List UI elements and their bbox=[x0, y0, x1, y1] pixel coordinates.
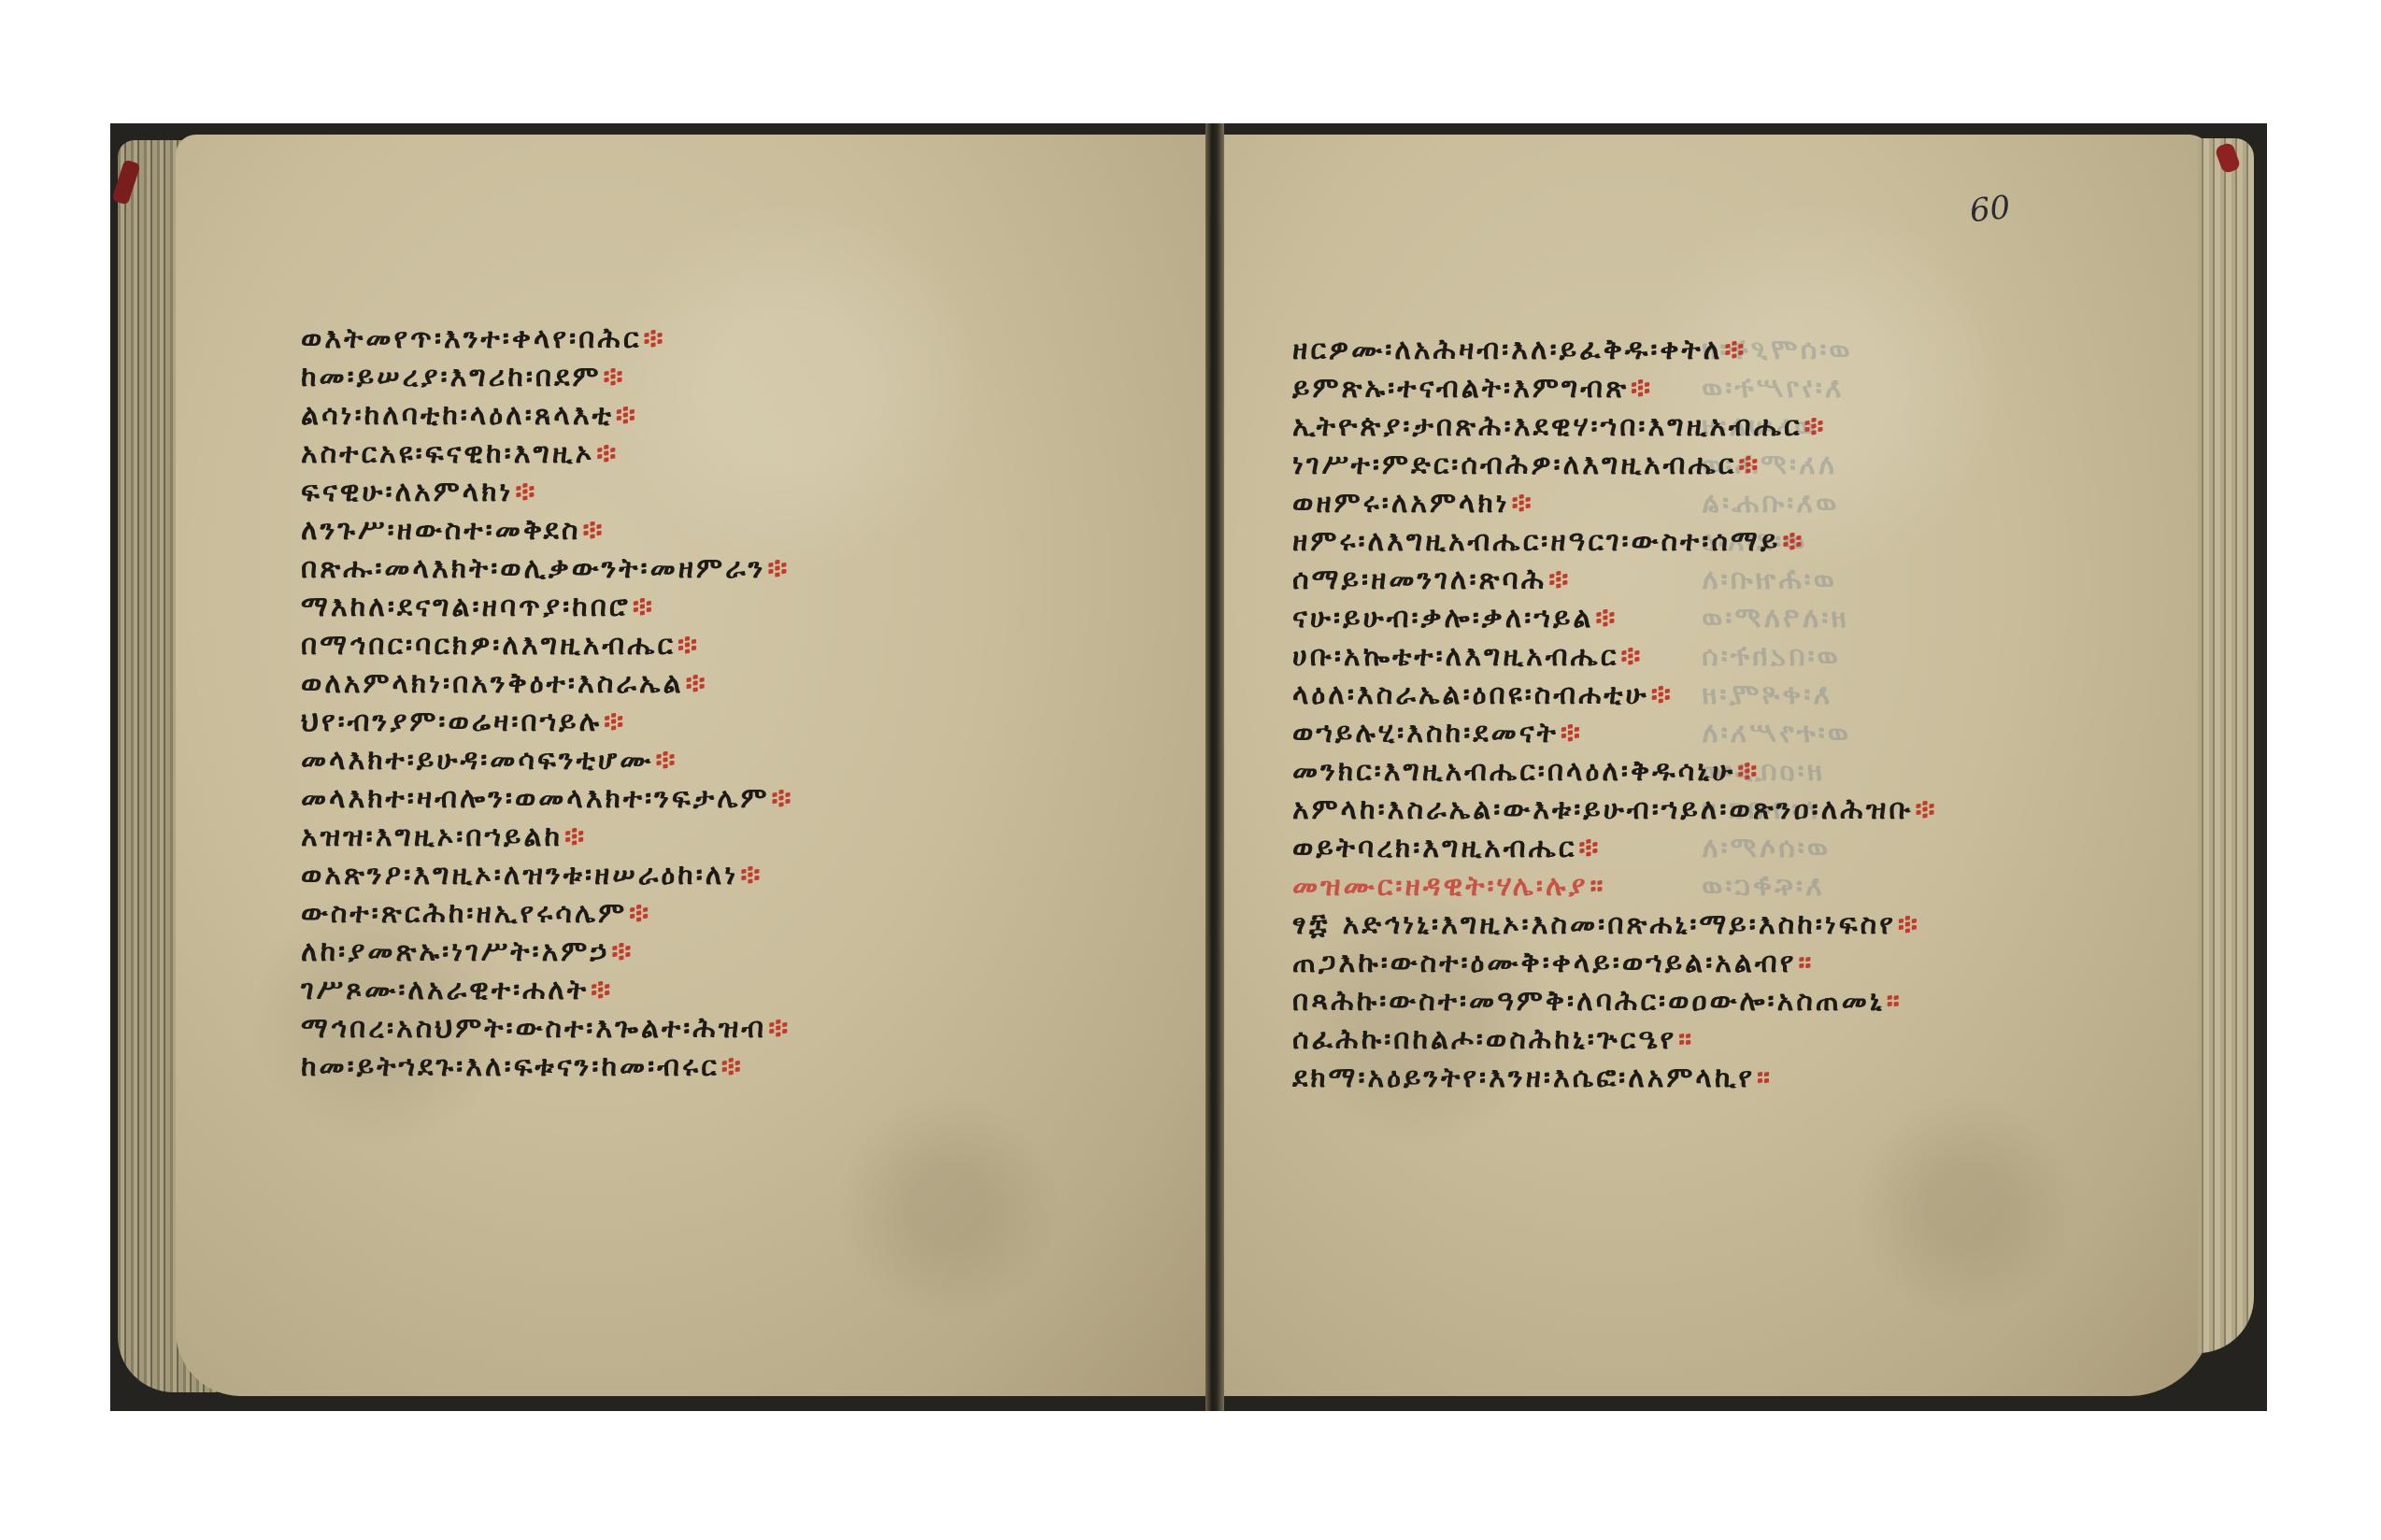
line-text: ማኅበረ፡አስህምት፡ውስተ፡እጐልተ፡ሕዝብ bbox=[301, 1012, 766, 1045]
text-line: ማእከለ፡ደናግል፡ዘባጥያ፡ከበሮ፨ bbox=[301, 588, 794, 626]
line-text: ወእትመየጥ፡እንተ፡ቀላየ፡በሕር bbox=[301, 322, 641, 355]
line-text: መዝሙር፡ዘዳዊት፡ሃሌ፡ሉያ bbox=[1292, 870, 1589, 903]
text-line: ወእትመየጥ፡እንተ፡ቀላየ፡በሕር፨ bbox=[301, 320, 794, 358]
text-line: ላዕለ፡እስራኤል፡ዕበዩ፡ስብሐቲሁ፨ bbox=[1292, 676, 1938, 714]
line-text: አዝዝ፡እግዚኦ፡በኀይልከ bbox=[301, 820, 563, 853]
red-punctuation-mark-icon: ። bbox=[1798, 947, 1814, 979]
red-punctuation-mark-icon: ፨ bbox=[604, 706, 626, 738]
red-punctuation-mark-icon: ። bbox=[1678, 1023, 1694, 1056]
manuscript-photo: 60 ወ፡ሰማያት፡ዘእ፡ነገሥት፡ወወአ፡ሀለ፡ዘለአ፡ምሕ፡ወወእ፡ብሔ፡ል… bbox=[110, 123, 2267, 1411]
line-text: ውስተ፡ጽርሕከ፡ዘኢየሩሳሌም bbox=[301, 897, 627, 930]
text-line: መላእክተ፡ዛብሎን፡ወመላእክተ፡ንፍታሌም፨ bbox=[301, 779, 794, 818]
line-text: ህየ፡ብንያም፡ወሬዛ፡በኀይሉ bbox=[301, 706, 602, 738]
line-text: ሰማይ፡ዘመንገለ፡ጽባሕ bbox=[1292, 563, 1547, 596]
red-punctuation-mark-icon: ፨ bbox=[591, 974, 613, 1006]
line-text: መላእክተ፡ዛብሎን፡ወመላእክተ፡ንፍታሌም bbox=[301, 782, 769, 815]
text-line: ወለአምላክነ፡በአንቅዕተ፡እስራኤል፨ bbox=[301, 664, 794, 703]
line-text: ይምጽኡ፡ተናብልት፡እምግብጽ bbox=[1292, 372, 1629, 405]
line-text: ወዘምሩ፡ለአምላክነ bbox=[1292, 487, 1510, 520]
red-punctuation-mark-icon: ፨ bbox=[564, 820, 587, 853]
red-punctuation-mark-icon: ፨ bbox=[515, 476, 537, 508]
red-punctuation-mark-icon: ፨ bbox=[596, 437, 619, 470]
line-text: ፃ፰ አድኅነኒ፡እግዚኦ፡እስመ፡በጽሐኒ፡ማይ፡እስከ፡ነፍስየ bbox=[1292, 908, 1896, 941]
text-line: ወዘምሩ፡ለአምላክነ፨ bbox=[1292, 484, 1938, 522]
red-punctuation-mark-icon: ፨ bbox=[583, 514, 606, 547]
text-line: አስተርአዩ፡ፍናዊከ፡እግዚኦ፨ bbox=[301, 435, 794, 473]
text-line: ከመ፡ይሠረያ፡እግሪከ፡በደም፨ bbox=[301, 358, 794, 396]
text-line: አምላከ፡እስራኤል፡ውእቱ፡ይሁብ፡ኀይለ፡ወጽንዐ፡ለሕዝቡ፨ bbox=[1292, 791, 1938, 829]
red-punctuation-mark-icon: ፨ bbox=[1620, 640, 1643, 673]
text-line: ሰማይ፡ዘመንገለ፡ጽባሕ፨ bbox=[1292, 561, 1938, 599]
red-punctuation-mark-icon: ፨ bbox=[1782, 525, 1804, 558]
red-punctuation-mark-icon: ፨ bbox=[655, 744, 677, 777]
text-line: መላእክተ፡ይሁዳ፡መሳፍንቲሆሙ፨ bbox=[301, 741, 794, 779]
text-line: ውስተ፡ጽርሕከ፡ዘኢየሩሳሌም፨ bbox=[301, 894, 794, 933]
page-number: 60 bbox=[1968, 189, 2012, 230]
line-text: ከመ፡ይትኀደጉ፡እለ፡ፍቱናን፡ከመ፡ብሩር bbox=[301, 1050, 720, 1083]
line-text: ነገሥተ፡ምድር፡ሰብሕዎ፡ለእግዚአብሔር bbox=[1292, 449, 1736, 481]
line-text: ናሁ፡ይሁብ፡ቃሎ፡ቃለ፡ኀይል bbox=[1292, 602, 1593, 635]
line-text: ላዕለ፡እስራኤል፡ዕበዩ፡ስብሐቲሁ bbox=[1292, 678, 1649, 711]
red-punctuation-mark-icon: ፨ bbox=[1578, 832, 1601, 864]
line-text: ለከ፡ያመጽኡ፡ነገሥት፡አምኃ bbox=[301, 935, 609, 968]
line-text: ዘርዎሙ፡ለአሕዛብ፡እለ፡ይፈቅዱ፡ቀትለ bbox=[1292, 334, 1722, 366]
left-page-text: ወእትመየጥ፡እንተ፡ቀላየ፡በሕር፨ከመ፡ይሠረያ፡እግሪከ፡በደም፨ልሳነ፡… bbox=[301, 320, 794, 1086]
red-punctuation-mark-icon: ፨ bbox=[1631, 372, 1653, 405]
red-punctuation-mark-icon: ፨ bbox=[629, 897, 651, 930]
text-line: ጠጋእኩ፡ውስተ፡ዕሙቅ፡ቀላይ፡ወኀይል፡አልብየ። bbox=[1292, 944, 1938, 982]
line-text: ማእከለ፡ደናግል፡ዘባጥያ፡ከበሮ bbox=[301, 591, 631, 623]
red-punctuation-mark-icon: ፨ bbox=[1916, 793, 1938, 826]
text-line: ገሥጾሙ፡ለአራዊተ፡ሐለት፨ bbox=[301, 971, 794, 1009]
red-punctuation-mark-icon: ፨ bbox=[633, 591, 655, 623]
red-punctuation-mark-icon: ፨ bbox=[677, 629, 700, 662]
line-text: ደክማ፡አዕይንትየ፡እንዘ፡እሴፎ፡ለአምላኪየ bbox=[1292, 1062, 1755, 1094]
line-text: ወለአምላክነ፡በአንቅዕተ፡እስራኤል bbox=[301, 667, 684, 700]
red-punctuation-mark-icon: ። bbox=[1757, 1062, 1773, 1094]
text-line: ፃ፰ አድኅነኒ፡እግዚኦ፡እስመ፡በጽሐኒ፡ማይ፡እስከ፡ነፍስየ፨ bbox=[1292, 905, 1938, 944]
text-line: ኢትዮጵያ፡ታበጽሕ፡እደዊሃ፡ኀበ፡እግዚአብሔር፨ bbox=[1292, 407, 1938, 446]
text-line: ይምጽኡ፡ተናብልት፡እምግብጽ፨ bbox=[1292, 369, 1938, 407]
line-text: ገሥጾሙ፡ለአራዊተ፡ሐለት bbox=[301, 974, 589, 1006]
text-line: ናሁ፡ይሁብ፡ቃሎ፡ቃለ፡ኀይል፨ bbox=[1292, 599, 1938, 637]
line-text: በማኅበር፡ባርክዎ፡ለእግዚአብሔር bbox=[301, 629, 676, 662]
text-line: ማኅበረ፡አስህምት፡ውስተ፡እጐልተ፡ሕዝብ፨ bbox=[301, 1009, 794, 1048]
line-text: መላእክተ፡ይሁዳ፡መሳፍንቲሆሙ bbox=[301, 744, 653, 777]
text-line: ወኀይሉሂ፡እስከ፡ደመናት፨ bbox=[1292, 714, 1938, 752]
text-line: ዘርዎሙ፡ለአሕዛብ፡እለ፡ይፈቅዱ፡ቀትለ፨ bbox=[1292, 331, 1938, 369]
red-punctuation-mark-icon: ፨ bbox=[721, 1050, 744, 1083]
red-punctuation-mark-icon: ፨ bbox=[1738, 449, 1761, 481]
text-line: በጽሑ፡መላእክት፡ወሊቃውንት፡መዘምራን፨ bbox=[301, 549, 794, 588]
red-punctuation-mark-icon: ። bbox=[1590, 870, 1606, 903]
red-punctuation-mark-icon: ፨ bbox=[1804, 410, 1827, 443]
text-line: ልሳነ፡ከለባቲከ፡ላዕለ፡ጸላእቲ፨ bbox=[301, 396, 794, 435]
red-punctuation-mark-icon: ፨ bbox=[1724, 334, 1747, 366]
red-punctuation-mark-icon: ፨ bbox=[767, 552, 790, 585]
line-text: ወአጽንዖ፡እግዚኦ፡ለዝንቱ፡ዘሠራዕከ፡ለነ bbox=[301, 859, 738, 891]
text-line: ለከ፡ያመጽኡ፡ነገሥት፡አምኃ፨ bbox=[301, 933, 794, 971]
red-punctuation-mark-icon: ፨ bbox=[740, 859, 763, 891]
line-text: አስተርአዩ፡ፍናዊከ፡እግዚኦ bbox=[301, 437, 594, 470]
text-line: ዘምሩ፡ለእግዚአብሔር፡ዘዓርገ፡ውስተ፡ሰማይ፨ bbox=[1292, 522, 1938, 561]
text-line: ፍናዊሁ፡ለአምላክነ፨ bbox=[301, 473, 794, 511]
line-text: ሰፈሕኩ፡በከልሖ፡ወስሕከኒ፡ጕርዔየ bbox=[1292, 1023, 1676, 1056]
text-line: ህየ፡ብንያም፡ወሬዛ፡በኀይሉ፨ bbox=[301, 703, 794, 741]
line-text: ከመ፡ይሠረያ፡እግሪከ፡በደም bbox=[301, 361, 601, 393]
red-punctuation-mark-icon: ፨ bbox=[1737, 755, 1760, 788]
text-line: በጻሕኩ፡ውስተ፡መዓምቅ፡ለባሕር፡ወዐውሎ፡አስጠመኒ። bbox=[1292, 982, 1938, 1020]
red-punctuation-mark-icon: ፨ bbox=[686, 667, 708, 700]
text-line: ሰፈሕኩ፡በከልሖ፡ወስሕከኒ፡ጕርዔየ። bbox=[1292, 1020, 1938, 1059]
text-line: ወይትባረክ፡እግዚአብሔር፨ bbox=[1292, 829, 1938, 867]
line-text: መንክር፡እግዚአብሔር፡በላዕለ፡ቅዱሳኒሁ bbox=[1292, 755, 1735, 788]
red-punctuation-mark-icon: ፨ bbox=[603, 361, 625, 393]
line-text: ወይትባረክ፡እግዚአብሔር bbox=[1292, 832, 1576, 864]
line-text: ጠጋእኩ፡ውስተ፡ዕሙቅ፡ቀላይ፡ወኀይል፡አልብየ bbox=[1292, 947, 1796, 979]
red-punctuation-mark-icon: ፨ bbox=[1651, 678, 1674, 711]
line-text: ፍናዊሁ፡ለአምላክነ bbox=[301, 476, 513, 508]
line-text: በጻሕኩ፡ውስተ፡መዓምቅ፡ለባሕር፡ወዐውሎ፡አስጠመኒ bbox=[1292, 985, 1885, 1018]
red-punctuation-mark-icon: ፨ bbox=[1512, 487, 1534, 520]
line-text: ልሳነ፡ከለባቲከ፡ላዕለ፡ጸላእቲ bbox=[301, 399, 614, 432]
red-punctuation-mark-icon: ፨ bbox=[643, 322, 665, 355]
red-punctuation-mark-icon: ፨ bbox=[1548, 563, 1571, 596]
red-punctuation-mark-icon: ፨ bbox=[1561, 717, 1583, 749]
text-line: ደክማ፡አዕይንትየ፡እንዘ፡እሴፎ፡ለአምላኪየ። bbox=[1292, 1059, 1938, 1097]
line-text: ኢትዮጵያ፡ታበጽሕ፡እደዊሃ፡ኀበ፡እግዚአብሔር bbox=[1292, 410, 1803, 443]
text-line: ነገሥተ፡ምድር፡ሰብሕዎ፡ለእግዚአብሔር፨ bbox=[1292, 446, 1938, 484]
red-punctuation-mark-icon: ፨ bbox=[768, 1012, 791, 1045]
red-punctuation-mark-icon: ፨ bbox=[771, 782, 793, 815]
line-text: በጽሑ፡መላእክት፡ወሊቃውንት፡መዘምራን bbox=[301, 552, 765, 585]
text-line: በማኅበር፡ባርክዎ፡ለእግዚአብሔር፨ bbox=[301, 626, 794, 664]
red-punctuation-mark-icon: ፨ bbox=[1595, 602, 1618, 635]
red-punctuation-mark-icon: ፨ bbox=[616, 399, 638, 432]
text-line: ወአጽንዖ፡እግዚኦ፡ለዝንቱ፡ዘሠራዕከ፡ለነ፨ bbox=[301, 856, 794, 894]
rubric-line: መዝሙር፡ዘዳዊት፡ሃሌ፡ሉያ። bbox=[1292, 867, 1938, 905]
text-line: ከመ፡ይትኀደጉ፡እለ፡ፍቱናን፡ከመ፡ብሩር፨ bbox=[301, 1048, 794, 1086]
red-punctuation-mark-icon: ፨ bbox=[1898, 908, 1920, 941]
line-text: ሀቡ፡አኰቴተ፡ለእግዚአብሔር bbox=[1292, 640, 1618, 673]
line-text: አምላከ፡እስራኤል፡ውእቱ፡ይሁብ፡ኀይለ፡ወጽንዐ፡ለሕዝቡ bbox=[1292, 793, 1914, 826]
text-line: ለንጉሥ፡ዘውስተ፡መቅደስ፨ bbox=[301, 511, 794, 549]
text-line: አዝዝ፡እግዚኦ፡በኀይልከ፨ bbox=[301, 818, 794, 856]
text-line: መንክር፡እግዚአብሔር፡በላዕለ፡ቅዱሳኒሁ፨ bbox=[1292, 752, 1938, 791]
line-text: ወኀይሉሂ፡እስከ፡ደመናት bbox=[1292, 717, 1559, 749]
book-gutter bbox=[1205, 123, 1224, 1411]
red-punctuation-mark-icon: ። bbox=[1887, 985, 1903, 1018]
right-page-text: ዘርዎሙ፡ለአሕዛብ፡እለ፡ይፈቅዱ፡ቀትለ፨ይምጽኡ፡ተናብልት፡እምግብጽ፨… bbox=[1292, 331, 1938, 1097]
line-text: ዘምሩ፡ለእግዚአብሔር፡ዘዓርገ፡ውስተ፡ሰማይ bbox=[1292, 525, 1780, 558]
red-punctuation-mark-icon: ፨ bbox=[611, 935, 634, 968]
text-line: ሀቡ፡አኰቴተ፡ለእግዚአብሔር፨ bbox=[1292, 637, 1938, 676]
line-text: ለንጉሥ፡ዘውስተ፡መቅደስ bbox=[301, 514, 581, 547]
